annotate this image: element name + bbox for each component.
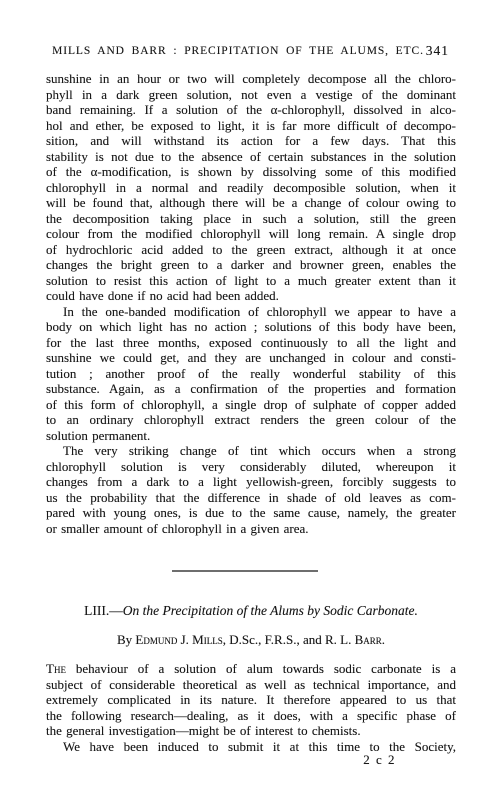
article-number-prefix: LIII.— bbox=[84, 603, 123, 618]
text-line: for the last three months, exposed conti… bbox=[46, 335, 456, 351]
text-line: solution to resist this action of light … bbox=[46, 273, 456, 289]
article-opening-text: The behaviour of a solution of alum towa… bbox=[46, 661, 456, 754]
text-line: will be found that, although there will … bbox=[46, 195, 456, 211]
text-line: sunshine we could get, and they are unch… bbox=[46, 350, 456, 366]
section-divider-rule bbox=[172, 570, 318, 572]
text-line: of this form of chlorophyll, a single dr… bbox=[46, 397, 456, 413]
paragraph: sunshine in an hour or two will complete… bbox=[46, 71, 456, 304]
text-line: or smaller amount of chlorophyll in a gi… bbox=[46, 521, 456, 537]
text-line: sition, and will withstand its action fo… bbox=[46, 133, 456, 149]
text-line: The behaviour of a solution of alum towa… bbox=[46, 661, 456, 677]
byline-text: . bbox=[382, 632, 385, 647]
text-line: of hydrochloric acid added to the green … bbox=[46, 242, 456, 258]
text-line: chlorophyll solution is very considerabl… bbox=[46, 459, 456, 475]
author-name: Edmund J. Mills bbox=[135, 632, 222, 647]
text-line: changes the bright green to a darker and… bbox=[46, 257, 456, 273]
text-line: extremely complicated in its nature. It … bbox=[46, 692, 456, 708]
text-line: chlorophyll in a normal and readily deco… bbox=[46, 180, 456, 196]
text-line: body on which light has no action ; solu… bbox=[46, 319, 456, 335]
text-line: tution ; another proof of the really won… bbox=[46, 366, 456, 382]
article-title-text: On the Precipitation of the Alums by Sod… bbox=[123, 603, 418, 618]
running-header: MILLS AND BARR : PRECIPITATION OF THE AL… bbox=[46, 45, 456, 61]
byline-text: By bbox=[117, 632, 135, 647]
text-line: colour from the modified chlorophyll wil… bbox=[46, 226, 456, 242]
text-line: sunshine in an hour or two will complete… bbox=[46, 71, 456, 87]
byline: By Edmund J. Mills, D.Sc., F.R.S., and R… bbox=[46, 632, 456, 648]
text-line: of the α-modification, is shown by disso… bbox=[46, 164, 456, 180]
page-number: 341 bbox=[426, 43, 449, 59]
text-line: solution permanent. bbox=[46, 428, 456, 444]
paragraph: The very striking change of tint which o… bbox=[46, 443, 456, 536]
text-line: substance. Again, as a confirmation of t… bbox=[46, 381, 456, 397]
text-line: band remaining. If a solution of the α-c… bbox=[46, 102, 456, 118]
byline-text: , D.Sc., F.R.S., and bbox=[223, 632, 325, 647]
text-line: In the one-banded modification of chloro… bbox=[46, 304, 456, 320]
text-line: us the probability that the difference i… bbox=[46, 490, 456, 506]
text-line: could have done if no acid had been adde… bbox=[46, 288, 456, 304]
printer-signature-mark: 2 c 2 bbox=[46, 752, 456, 768]
journal-page: MILLS AND BARR : PRECIPITATION OF THE AL… bbox=[0, 0, 500, 800]
paragraph: The behaviour of a solution of alum towa… bbox=[46, 661, 456, 739]
author-name: R. L. Barr bbox=[325, 632, 382, 647]
running-header-title: MILLS AND BARR : PRECIPITATION OF THE AL… bbox=[46, 45, 456, 57]
text-line: stability is not due to the absence of c… bbox=[46, 149, 456, 165]
text-line: the decomposition taking place in such a… bbox=[46, 211, 456, 227]
text-line: The very striking change of tint which o… bbox=[46, 443, 456, 459]
article-continuation-text: sunshine in an hour or two will complete… bbox=[46, 71, 456, 536]
text-line: to an ordinary chlorophyll extract rende… bbox=[46, 412, 456, 428]
text-line: pared with young ones, is due to the sam… bbox=[46, 505, 456, 521]
lead-word-smallcaps: The bbox=[46, 661, 66, 676]
text-line: the general investigation—might be of in… bbox=[46, 723, 456, 739]
article-title: LIII.—On the Precipitation of the Alums … bbox=[46, 602, 456, 619]
text-line: hol and ether, be exposed to light, it i… bbox=[46, 118, 456, 134]
text-line: phyll in a dark green solution, not even… bbox=[46, 87, 456, 103]
text-line: the following research—dealing, as it do… bbox=[46, 708, 456, 724]
text-line: subject of considerable theoretical as w… bbox=[46, 677, 456, 693]
paragraph: In the one-banded modification of chloro… bbox=[46, 304, 456, 444]
text-line: changes from a dark to a light yellowish… bbox=[46, 474, 456, 490]
